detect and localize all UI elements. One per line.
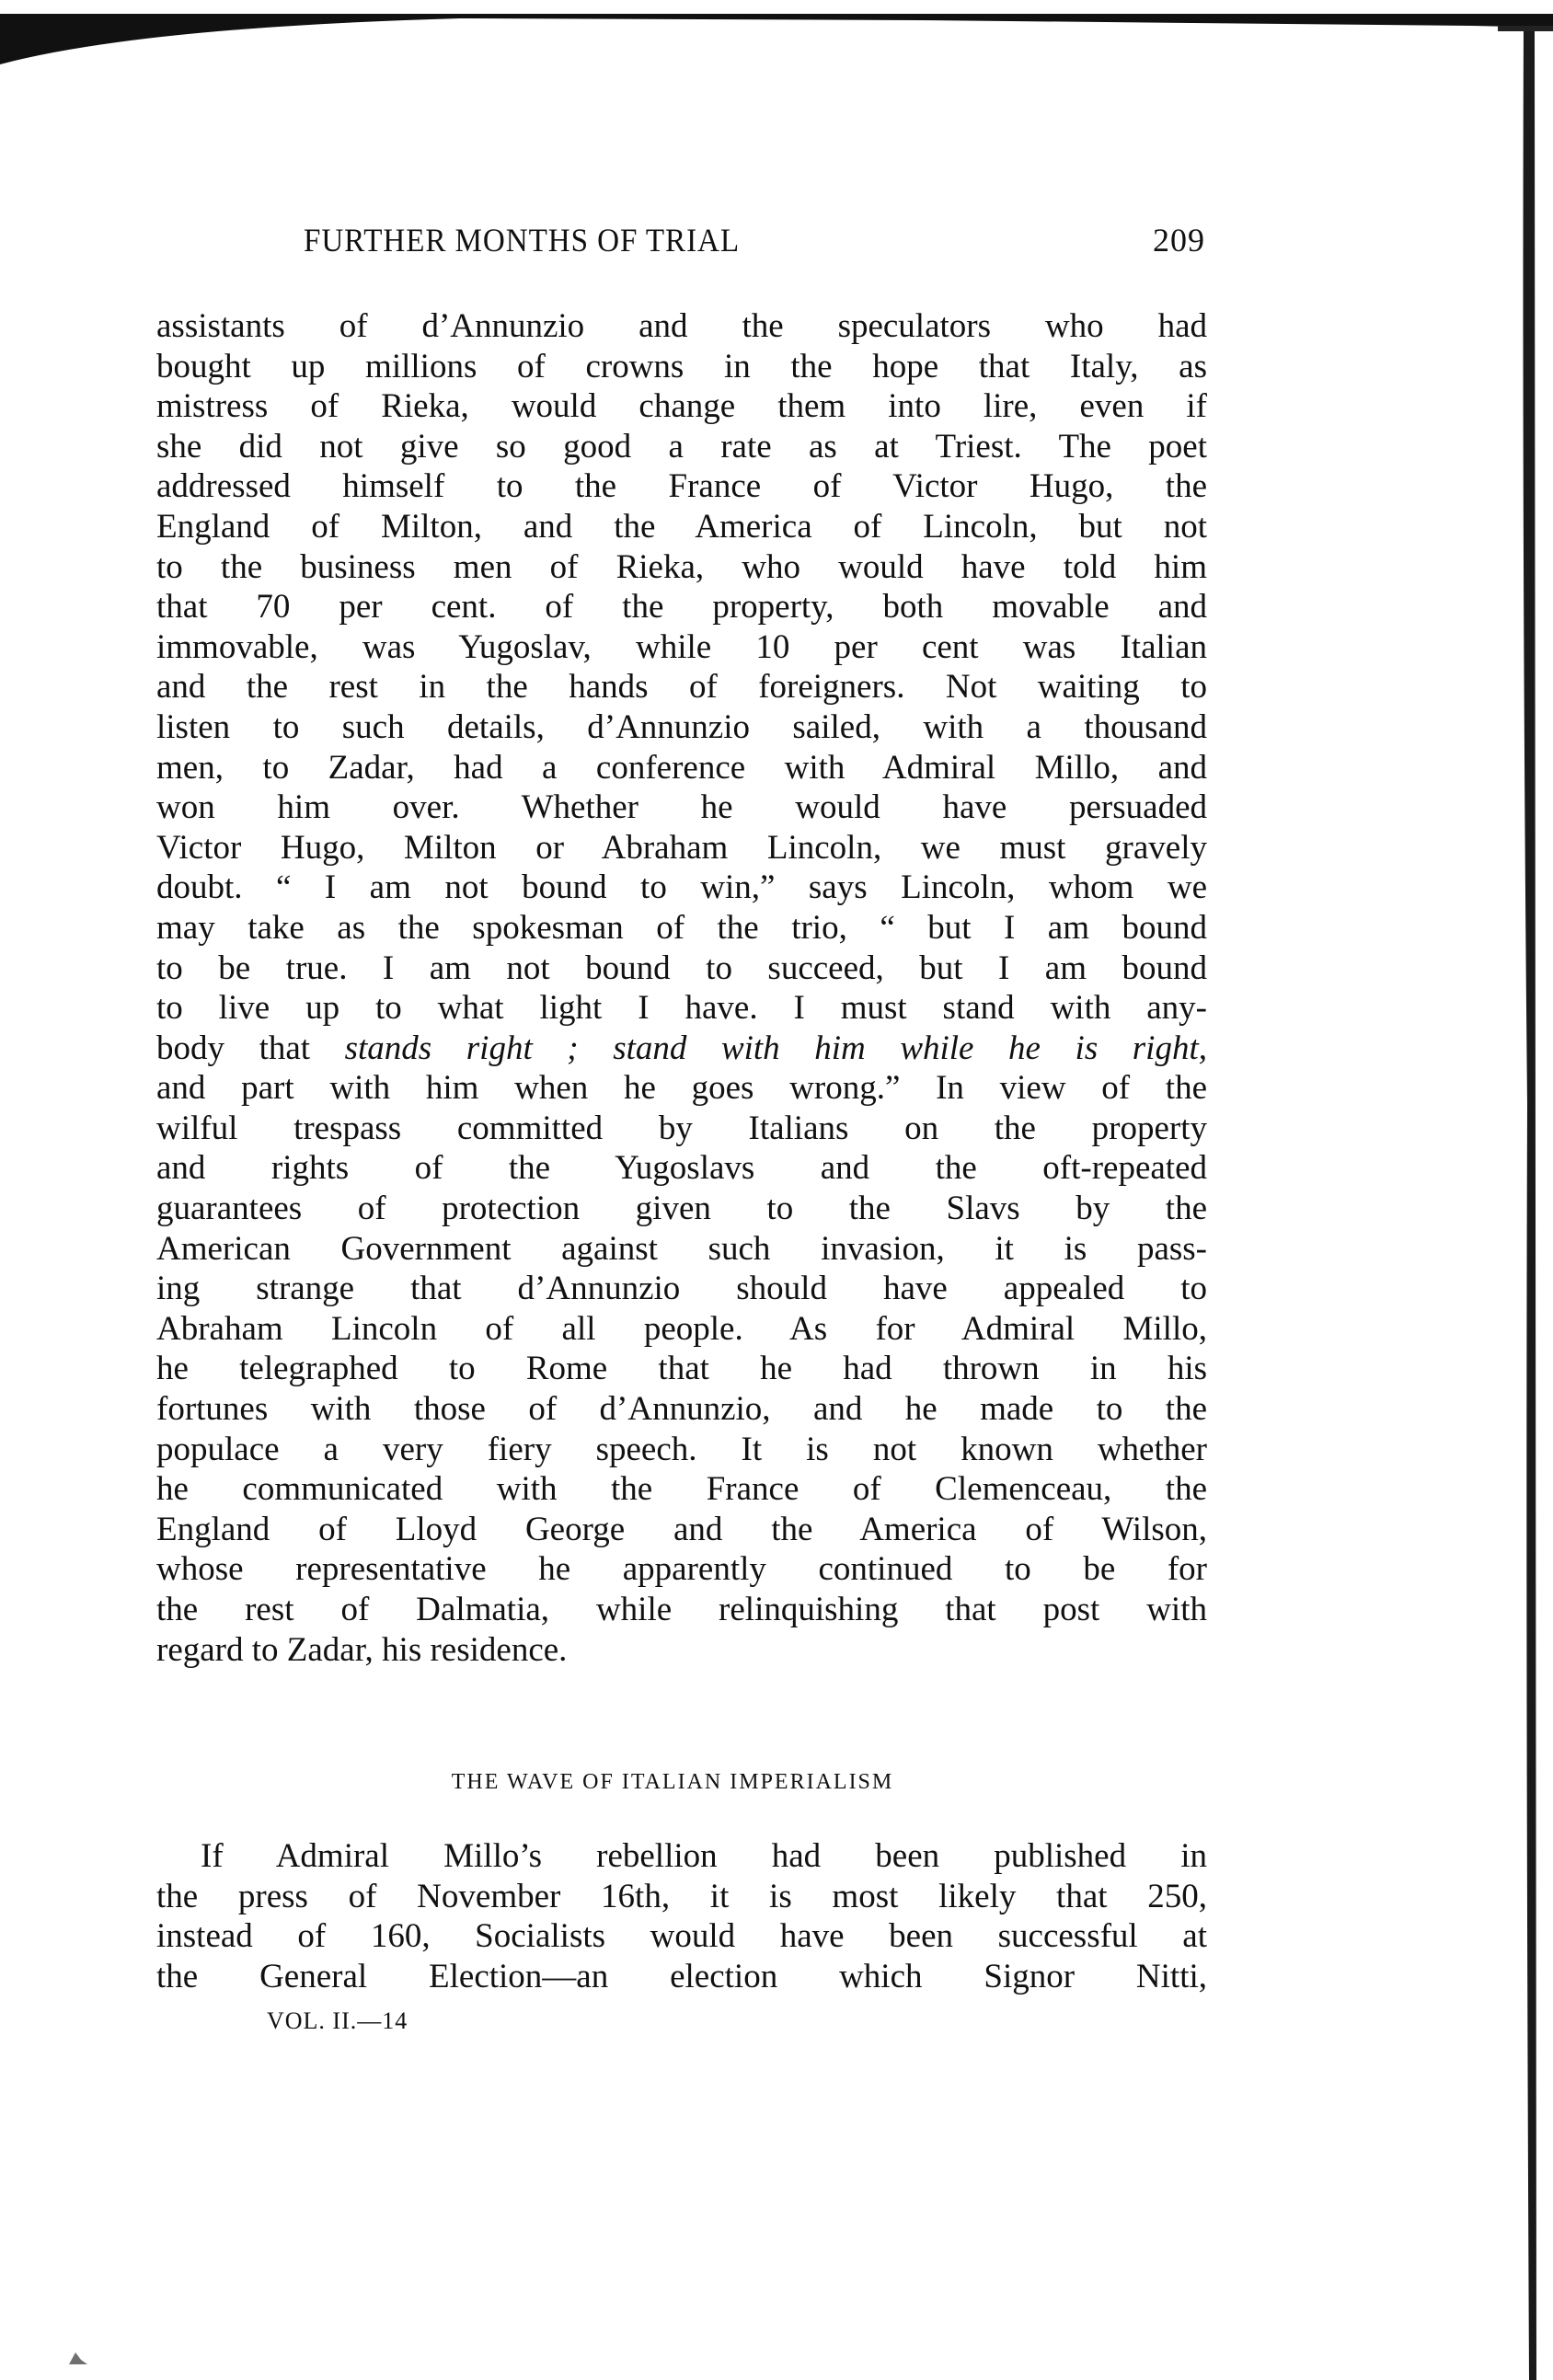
text-line: assistants of d’Annunzio and the specula… bbox=[156, 306, 1207, 347]
text-line: to be true. I am not bound to succeed, b… bbox=[156, 949, 1207, 989]
text-line: the General Election—an election which S… bbox=[156, 1957, 1207, 1997]
text-line: he telegraphed to Rome that he had throw… bbox=[156, 1349, 1207, 1389]
section-heading: THE WAVE OF ITALIAN IMPERIALISM bbox=[156, 1770, 1207, 1795]
text-line: to the business men of Rieka, who would … bbox=[156, 547, 1207, 588]
text-line: men, to Zadar, had a conference with Adm… bbox=[156, 748, 1207, 788]
text-line: and part with him when he goes wrong.” I… bbox=[156, 1068, 1207, 1109]
text-line: guarantees of protection given to the Sl… bbox=[156, 1189, 1207, 1229]
text-line: listen to such details, d’Annunzio saile… bbox=[156, 707, 1207, 748]
text-line: may take as the spokesman of the trio, “… bbox=[156, 908, 1207, 949]
text-line: and the rest in the hands of foreigners.… bbox=[156, 667, 1207, 707]
running-head-title: FURTHER MONTHS OF TRIAL bbox=[304, 221, 740, 259]
text-line: Victor Hugo, Milton or Abraham Lincoln, … bbox=[156, 828, 1207, 868]
text-line: populace a very fiery speech. It is not … bbox=[156, 1430, 1207, 1470]
text-line-with-italic: body that stands right ; stand with him … bbox=[156, 1029, 1207, 1069]
text-line: American Government against such invasio… bbox=[156, 1229, 1207, 1270]
text-line: doubt. “ I am not bound to win,” says Li… bbox=[156, 868, 1207, 908]
text-line: immovable, was Yugoslav, while 10 per ce… bbox=[156, 627, 1207, 668]
text-line: If Admiral Millo’s rebellion had been pu… bbox=[156, 1836, 1207, 1877]
text-line: England of Milton, and the America of Li… bbox=[156, 507, 1207, 547]
paragraph-2: If Admiral Millo’s rebellion had been pu… bbox=[156, 1836, 1207, 1996]
page-number: 209 bbox=[1153, 221, 1205, 259]
roman-prefix: body that bbox=[156, 1029, 345, 1067]
text-line: to live up to what light I have. I must … bbox=[156, 988, 1207, 1029]
text-line: the press of November 16th, it is most l… bbox=[156, 1877, 1207, 1917]
scan-right-edge bbox=[1498, 0, 1553, 2380]
text-line: wilful trespass committed by Italians on… bbox=[156, 1109, 1207, 1149]
running-head: FURTHER MONTHS OF TRIAL 209 bbox=[304, 221, 1205, 267]
text-line: whose representative he apparently conti… bbox=[156, 1549, 1207, 1590]
text-line: England of Lloyd George and the America … bbox=[156, 1510, 1207, 1550]
text-line: fortunes with those of d’Annunzio, and h… bbox=[156, 1389, 1207, 1430]
text-line: he communicated with the France of Cleme… bbox=[156, 1469, 1207, 1510]
scan-top-shadow bbox=[0, 0, 1553, 74]
text-line: won him over. Whether he would have pers… bbox=[156, 788, 1207, 828]
text-line: the rest of Dalmatia, while relinquishin… bbox=[156, 1590, 1207, 1630]
text-line: bought up millions of crowns in the hope… bbox=[156, 347, 1207, 387]
text-line: she did not give so good a rate as at Tr… bbox=[156, 427, 1207, 467]
text-line: instead of 160, Socialists would have be… bbox=[156, 1916, 1207, 1957]
text-line: regard to Zadar, his residence. bbox=[156, 1630, 1207, 1671]
section-heading-text: THE WAVE OF ITALIAN IMPERIALISM bbox=[452, 1770, 894, 1795]
text-line: that 70 per cent. of the property, both … bbox=[156, 587, 1207, 627]
text-line: mistress of Rieka, would change them int… bbox=[156, 386, 1207, 427]
text-line: and rights of the Yugoslavs and the oft-… bbox=[156, 1148, 1207, 1189]
scan-smudge bbox=[64, 2341, 92, 2369]
italic-quote: stands right ; stand with him while he i… bbox=[345, 1029, 1207, 1067]
text-line: ing strange that d’Annunzio should have … bbox=[156, 1269, 1207, 1309]
text-line: Abraham Lincoln of all people. As for Ad… bbox=[156, 1309, 1207, 1350]
paragraph-1: assistants of d’Annunzio and the specula… bbox=[156, 306, 1207, 1670]
signature-mark: VOL. II.—14 bbox=[267, 2007, 408, 2035]
text-line: addressed himself to the France of Victo… bbox=[156, 466, 1207, 507]
